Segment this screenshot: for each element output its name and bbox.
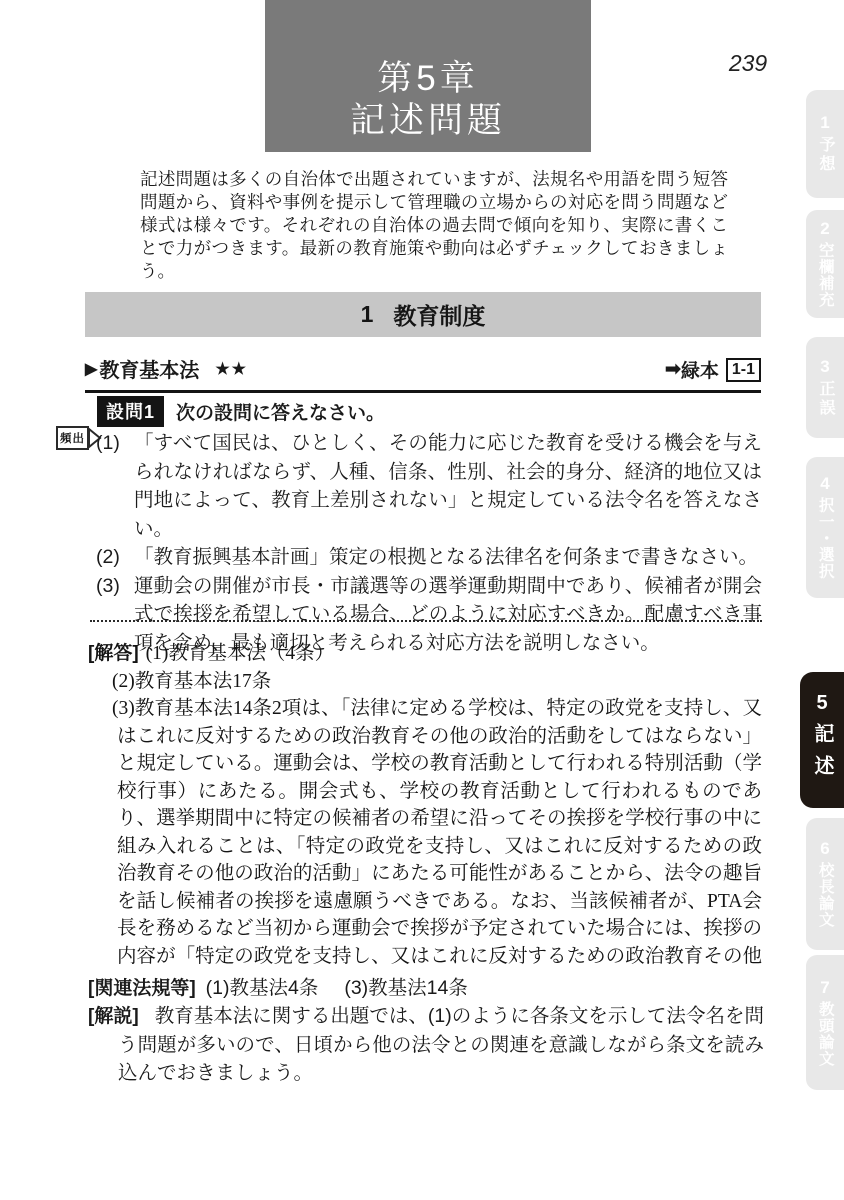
commentary-label: [解説] — [88, 1006, 139, 1027]
answer-row: [解答](1)教育基本法（4条） — [88, 640, 762, 668]
related-laws-row: [関連法規等] (1)教基法4条 (3)教基法14条 — [88, 972, 468, 1000]
triangle-right-icon: ▶ — [85, 359, 97, 379]
sidebar-tab-kijutsu-active: 5 記述 — [800, 672, 844, 808]
question-set-lead: 次の設問に答えなさい。 — [176, 398, 385, 425]
question-item-text: 「教育振興基本計画」策定の根拠となる法律名を何条まで書きなさい。 — [134, 543, 762, 572]
tab-number: 5 — [816, 693, 827, 713]
tab-label: 正誤 — [817, 380, 833, 418]
tab-label: 教頭論文 — [817, 1001, 833, 1067]
topic-header: ▶ 教育基本法 ★★ ➡ 緑本 1-1 — [85, 354, 761, 393]
sidebar-tab-seigo: 3 正誤 — [806, 337, 844, 438]
sidebar-tab-kouchou-ronbun: 6 校長論文 — [806, 818, 844, 950]
tab-number: 1 — [820, 114, 829, 131]
section-banner: 1 教育制度 — [85, 292, 761, 337]
tab-label: 予想 — [817, 136, 833, 174]
sidebar-tab-yosou: 1 予想 — [806, 90, 844, 198]
frequent-badge-label: 頻出 — [56, 426, 89, 450]
chapter-title: 記述問題 — [350, 103, 506, 140]
question-set-badge: 設問1 — [97, 396, 164, 427]
reference-group: ➡ 緑本 1-1 — [665, 356, 761, 383]
question-list: (1) 「すべて国民は、ひとしく、その能力に応じた教育を受ける機会を与えられなけ… — [96, 429, 762, 657]
tab-number: 7 — [820, 979, 829, 996]
question-item: (1) 「すべて国民は、ひとしく、その能力に応じた教育を受ける機会を与えられなけ… — [96, 429, 762, 543]
sidebar-tab-kyoutou-ronbun: 7 教頭論文 — [806, 955, 844, 1090]
question-item-number: (2) — [96, 543, 134, 572]
commentary-text: 教育基本法に関する出題では、(1)のように各条文を示して法令名を問う問題が多いの… — [118, 1005, 764, 1084]
question-set-header: 設問1 次の設問に答えなさい。 — [97, 396, 385, 427]
tab-number: 6 — [820, 840, 829, 857]
answer-item-1: (1)教育基本法（4条） — [146, 643, 335, 664]
sidebar-tab-kuuran-hojuu: 2 空欄補充 — [806, 210, 844, 318]
question-item-number: (1) — [96, 429, 134, 543]
topic-title: 教育基本法 — [99, 354, 199, 383]
sidebar-tab-takuitsu-sentaku: 4 択一・選択 — [806, 457, 844, 598]
tab-number: 2 — [820, 220, 829, 237]
answer-block: [解答](1)教育基本法（4条） (2)教育基本法17条 (3)教育基本法14条… — [88, 640, 762, 972]
related-laws-label: [関連法規等] — [88, 973, 196, 1000]
related-law-item: (3)教基法14条 — [344, 972, 468, 1000]
chapter-label: 第5章 — [377, 61, 478, 98]
answer-label: [解答] — [88, 643, 139, 664]
related-law-item: (1)教基法4条 — [206, 972, 319, 1000]
chapter-header-box: 第5章 記述問題 — [265, 0, 591, 152]
tab-label: 校長論文 — [817, 862, 833, 928]
tab-number: 4 — [820, 475, 829, 492]
commentary-block: [解説]教育基本法に関する出題では、(1)のように各条文を示して法令名を問う問題… — [88, 1002, 764, 1087]
importance-stars: ★★ — [215, 359, 248, 379]
question-item-text: 「すべて国民は、ひとしく、その能力に応じた教育を受ける機会を与えられなければなら… — [134, 429, 762, 543]
page-number: 239 — [718, 50, 778, 77]
arrow-right-icon: ➡ — [665, 358, 681, 381]
tab-number: 3 — [820, 358, 829, 375]
tab-label: 記述 — [812, 723, 832, 787]
tab-label: 空欄補充 — [817, 242, 833, 308]
reference-label: 緑本 — [681, 356, 719, 383]
book-page: 第5章 記述問題 239 記述問題は多くの自治体で出題されていますが、法規名や用… — [0, 0, 844, 1200]
answer-item-2: (2)教育基本法17条 — [88, 668, 762, 696]
section-title: 教育制度 — [393, 298, 485, 331]
topic-title-group: ▶ 教育基本法 ★★ — [85, 354, 248, 383]
answer-item-3: (3)教育基本法14条2項は、「法律に定める学校は、特定の政党を支持し、又はこれ… — [88, 695, 762, 972]
reference-code-box: 1-1 — [726, 358, 761, 382]
question-item: (2) 「教育振興基本計画」策定の根拠となる法律名を何条まで書きなさい。 — [96, 543, 762, 572]
dotted-divider — [90, 620, 762, 622]
tab-label: 択一・選択 — [817, 497, 833, 580]
intro-paragraph: 記述問題は多くの自治体で出題されていますが、法規名や用語を問う短答問題から、資料… — [140, 168, 728, 283]
section-number: 1 — [361, 301, 374, 328]
